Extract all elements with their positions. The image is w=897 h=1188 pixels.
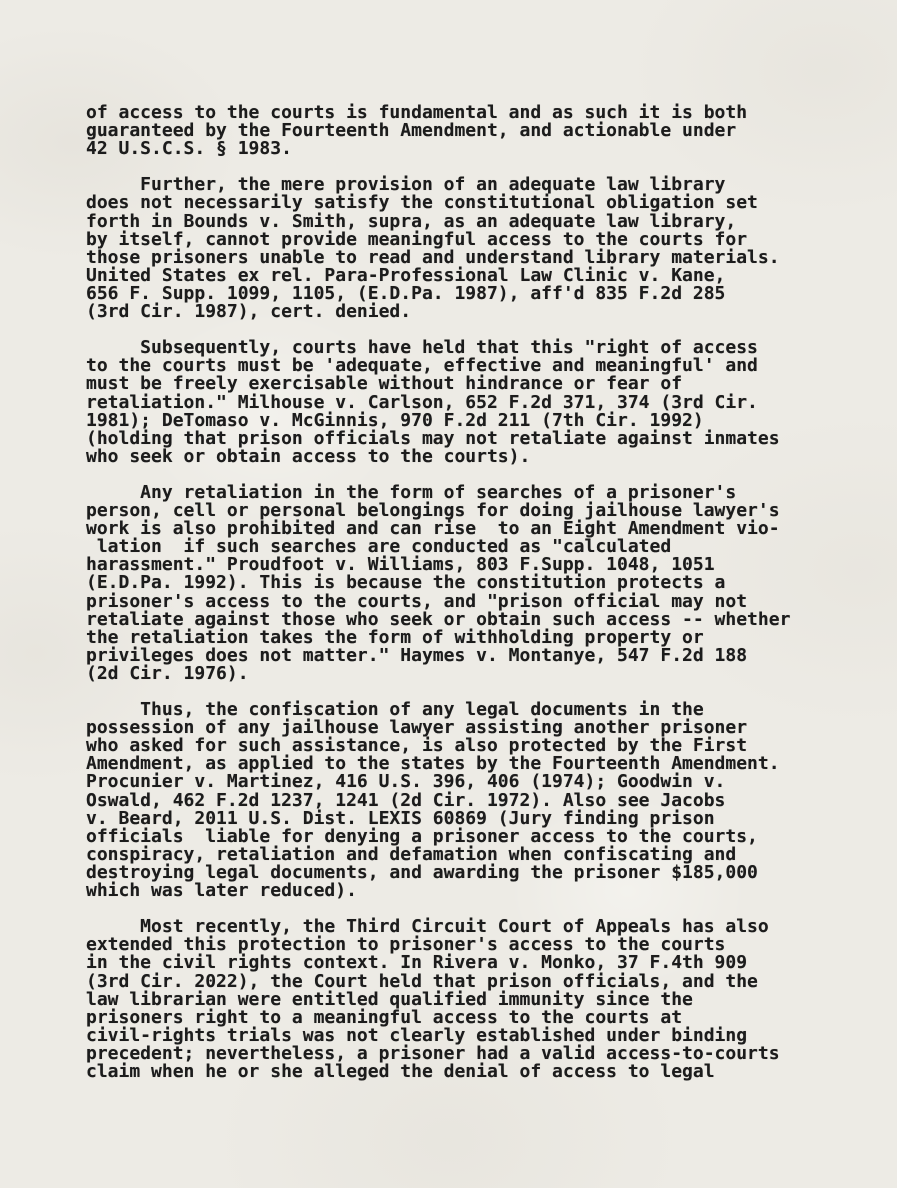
text-line: does not necessarily satisfy the constit…: [86, 194, 790, 212]
text-line: prisoner's access to the courts, and "pr…: [86, 593, 790, 611]
text-line: 42 U.S.C.S. § 1983.: [86, 140, 790, 158]
document-text: of access to the courts is fundamental a…: [86, 104, 790, 1081]
text-line: forth in Bounds v. Smith, supra, as an a…: [86, 213, 790, 231]
text-line: (3rd Cir. 2022), the Court held that pri…: [86, 973, 790, 991]
text-line: 1981); DeTomaso v. McGinnis, 970 F.2d 21…: [86, 412, 790, 430]
paragraph: Any retaliation in the form of searches …: [86, 484, 790, 683]
text-line: Oswald, 462 F.2d 1237, 1241 (2d Cir. 197…: [86, 792, 790, 810]
paragraph: of access to the courts is fundamental a…: [86, 104, 790, 158]
text-line: claim when he or she alleged the denial …: [86, 1063, 790, 1081]
text-line: (2d Cir. 1976).: [86, 665, 790, 683]
text-line: (E.D.Pa. 1992). This is because the cons…: [86, 574, 790, 592]
text-line: retaliation." Milhouse v. Carlson, 652 F…: [86, 394, 790, 412]
paragraph: Most recently, the Third Circuit Court o…: [86, 918, 790, 1081]
text-line: Procunier v. Martinez, 416 U.S. 396, 406…: [86, 773, 790, 791]
text-line: who seek or obtain access to the courts)…: [86, 448, 790, 466]
text-line: which was later reduced).: [86, 882, 790, 900]
text-line: must be freely exercisable without hindr…: [86, 375, 790, 393]
text-line: law librarian were entitled qualified im…: [86, 991, 790, 1009]
paragraph: Thus, the confiscation of any legal docu…: [86, 701, 790, 900]
scanned-page: of access to the courts is fundamental a…: [0, 0, 897, 1188]
text-line: retaliate against those who seek or obta…: [86, 611, 790, 629]
text-line: in the civil rights context. In Rivera v…: [86, 954, 790, 972]
paragraph: Subsequently, courts have held that this…: [86, 339, 790, 466]
paragraph: Further, the mere provision of an adequa…: [86, 176, 790, 321]
text-line: (3rd Cir. 1987), cert. denied.: [86, 303, 790, 321]
